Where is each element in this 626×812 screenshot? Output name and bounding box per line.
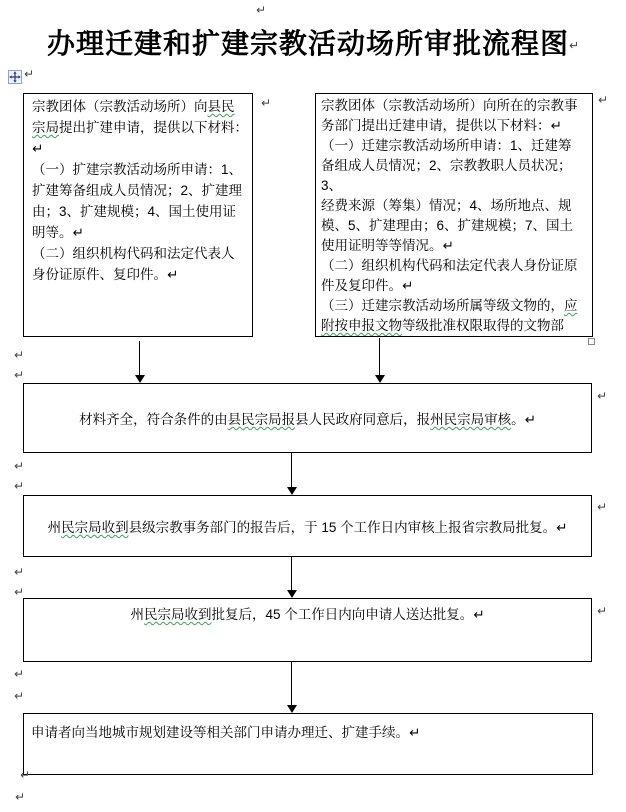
paragraph-mark: ↵ xyxy=(14,668,24,680)
step2-text: 州民宗局收到县级宗教事务部门的报告后，于 15 个工作日内审核上报省宗教局批复。… xyxy=(24,516,591,536)
relocation-application-box[interactable]: 宗教团体（宗教活动场所）向所在的宗教事 务部门提出迁建申请，提供以下材料：↵ （… xyxy=(315,93,593,337)
paragraph-mark: ↵ xyxy=(597,605,607,617)
arrow-shaft xyxy=(291,662,292,705)
step4-planning-procedures-box[interactable]: 申请者向当地城市规划建设等相关部门申请办理迁、扩建手续。↵ xyxy=(23,713,593,775)
paragraph-mark: ↵ xyxy=(569,39,579,53)
flow-arrow-step1-step2[interactable] xyxy=(286,453,297,495)
paragraph-mark: ↵ xyxy=(598,94,608,106)
expansion-application-box[interactable]: 宗教团体（宗教活动场所）向县民 宗局提出扩建申请，提供以下材料：↵ （一）扩建宗… xyxy=(23,93,253,337)
paragraph-mark: ↵ xyxy=(15,791,25,803)
arrow-head-icon xyxy=(287,705,297,713)
arrow-shaft xyxy=(291,453,292,487)
step3-deliver-reply-box[interactable]: 州民宗局收到批复后，45 个工作日内向申请人送达批复。↵ xyxy=(23,598,592,662)
paragraph-mark: ↵ xyxy=(14,480,24,492)
paragraph-mark: ↵ xyxy=(14,349,24,361)
arrow-shaft xyxy=(291,557,292,590)
paragraph-mark: ↵ xyxy=(24,68,34,80)
paragraph-mark: ↵ xyxy=(14,460,24,472)
move-handle-icon[interactable] xyxy=(8,70,22,84)
paragraph-mark: ↵ xyxy=(597,501,607,513)
resize-handle[interactable] xyxy=(588,338,595,345)
relocation-application-text: 宗教团体（宗教活动场所）向所在的宗教事 务部门提出迁建申请，提供以下材料：↵ （… xyxy=(321,96,590,337)
arrow-head-icon xyxy=(287,590,297,598)
paragraph-mark: ↵ xyxy=(597,390,607,402)
flow-arrow-right[interactable] xyxy=(374,338,385,383)
paragraph-mark: ↵ xyxy=(20,769,30,781)
step3-text: 州民宗局收到批复后，45 个工作日内向申请人送达批复。↵ xyxy=(24,603,591,623)
step1-county-review-box[interactable]: 材料齐全，符合条件的由县民宗局报县人民政府同意后，报州民宗局审核。↵ xyxy=(23,383,592,453)
arrow-shaft xyxy=(139,341,140,375)
paragraph-mark: ↵ xyxy=(261,97,271,109)
paragraph-mark: ↵ xyxy=(14,566,24,578)
arrow-head-icon xyxy=(135,375,145,383)
paragraph-mark: ↵ xyxy=(14,586,24,598)
step2-prefecture-review-box[interactable]: 州民宗局收到县级宗教事务部门的报告后，于 15 个工作日内审核上报省宗教局批复。… xyxy=(23,495,592,557)
paragraph-mark: ↵ xyxy=(256,4,266,16)
flow-arrow-step2-step3[interactable] xyxy=(286,557,297,598)
paragraph-mark: ↵ xyxy=(14,369,24,381)
flow-arrow-step3-step4[interactable] xyxy=(286,662,297,713)
arrow-shaft xyxy=(379,338,380,375)
document-page: ↵ 办理迁建和扩建宗教活动场所审批流程图↵ ↵ 宗教团体（宗教活动场所）向县民 … xyxy=(0,0,626,812)
expansion-application-text: 宗教团体（宗教活动场所）向县民 宗局提出扩建申请，提供以下材料：↵ （一）扩建宗… xyxy=(32,96,249,285)
arrow-head-icon xyxy=(375,375,385,383)
step1-text: 材料齐全，符合条件的由县民宗局报县人民政府同意后，报州民宗局审核。↵ xyxy=(24,408,591,428)
page-title[interactable]: 办理迁建和扩建宗教活动场所审批流程图↵ xyxy=(0,22,626,62)
paragraph-mark: ↵ xyxy=(14,690,24,702)
arrow-head-icon xyxy=(287,487,297,495)
flow-arrow-left[interactable] xyxy=(134,341,145,383)
page-title-text: 办理迁建和扩建宗教活动场所审批流程图 xyxy=(47,28,569,59)
step4-text: 申请者向当地城市规划建设等相关部门申请办理迁、扩建手续。↵ xyxy=(31,721,586,741)
